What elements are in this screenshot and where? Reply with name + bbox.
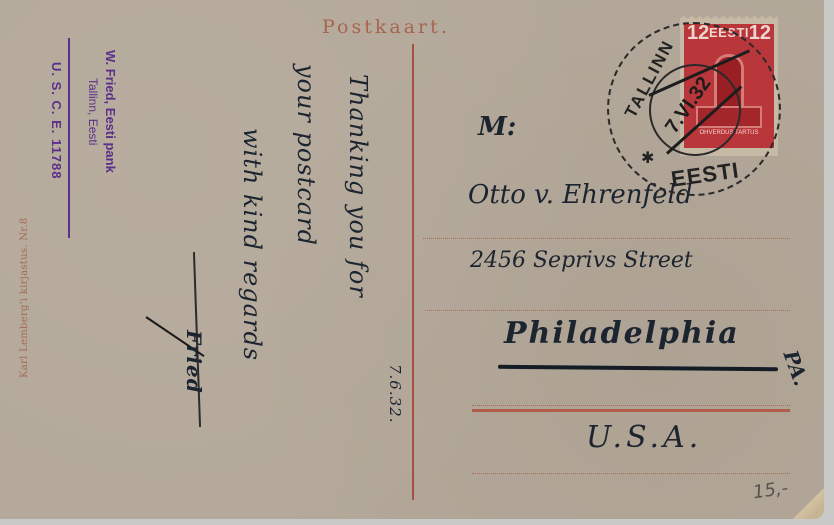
center-divider xyxy=(412,44,414,500)
postmark-star-icon: ✱ xyxy=(641,148,654,167)
recipient-state: PA. xyxy=(779,347,814,389)
message-line-1: Thanking you for xyxy=(344,74,372,298)
city-underline xyxy=(498,365,778,371)
message-date: 7.6.32. xyxy=(386,364,404,423)
message-line-2: your postcard xyxy=(292,64,320,246)
address-line-1 xyxy=(423,238,790,239)
bank-stamp-line3: U. S. C. E. 11788 xyxy=(49,62,64,179)
printer-imprint: Karl Lemberg'i kirjastus. Nr.8 xyxy=(19,218,30,378)
address-line-4 xyxy=(472,473,790,474)
postcard: Postkaart. Karl Lemberg'i kirjastus. Nr.… xyxy=(0,0,824,519)
address-line-3 xyxy=(472,405,790,406)
stamp-value-right: 12 xyxy=(749,22,771,45)
message-line-3: with kind regards xyxy=(238,128,266,361)
bank-stamp-rule xyxy=(69,38,71,238)
bank-stamp-line1: W. Fried, Eesti pank xyxy=(103,50,118,173)
recipient-city: Philadelphia xyxy=(504,316,740,351)
corner-wear xyxy=(784,489,824,519)
recipient-street: 2456 Seprivs Street xyxy=(470,248,693,273)
address-line-2 xyxy=(425,310,790,311)
postcard-title: Postkaart. xyxy=(322,16,450,38)
address-rule xyxy=(472,409,790,412)
signature: Fried xyxy=(182,330,206,394)
address-salutation: M: xyxy=(478,112,516,142)
bank-stamp-line2: Tallinn, Eesti xyxy=(86,78,100,145)
postmark-country: EESTI xyxy=(670,157,742,192)
postmark: TALLINN 7.VI.32 EESTI ✱ xyxy=(607,22,781,196)
recipient-country: U.S.A. xyxy=(586,420,702,455)
